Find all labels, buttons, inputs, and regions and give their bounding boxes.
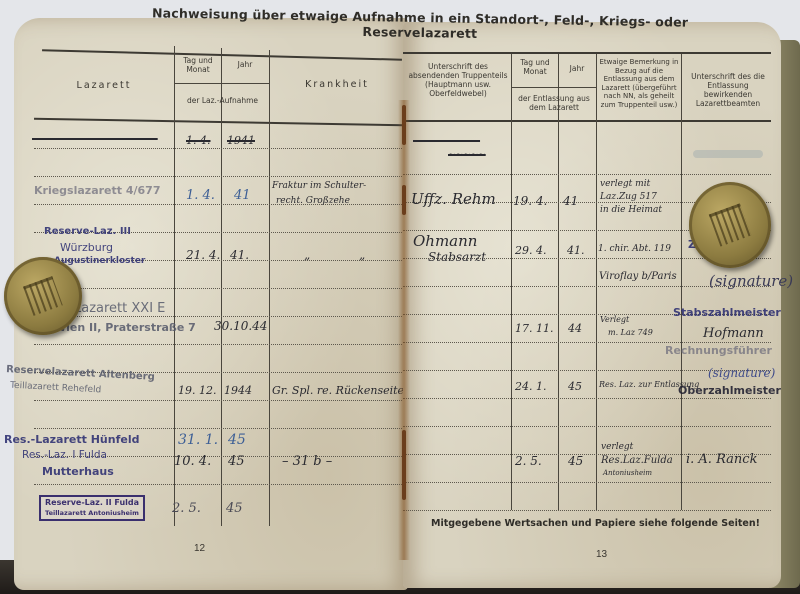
stamp-line: Teillazarett Antoniusheim — [45, 508, 139, 518]
stamp-kloster: Augustinerkloster — [54, 256, 145, 266]
page-number: 13 — [596, 549, 607, 560]
entry-date: 31. 1. — [178, 432, 218, 448]
stamp-wuerzburg: Würzburg — [60, 241, 113, 254]
signature-rehm: Uffz. Rehm — [411, 190, 496, 208]
entry-ditto: „ — [359, 248, 365, 262]
stamp-fulda-mutterhaus: Res.-Laz. I Fulda — [22, 449, 107, 461]
row-rule — [403, 174, 771, 175]
entry-lazarett-struck: ~~~~~~~~~~~~~~~ — [32, 134, 158, 145]
entry-date: 2. 5. — [515, 454, 542, 468]
row-rule — [34, 400, 404, 401]
row-rule — [403, 398, 771, 399]
entry-year: 1944 — [224, 384, 252, 397]
entry-date: 29. 4. — [515, 244, 547, 257]
header-tag-monat: Tag und Monat — [513, 58, 557, 76]
row-rule — [34, 316, 404, 317]
stamp-line: Reserve-Laz. II Fulda — [45, 498, 139, 508]
entry-illness: Fraktur im Schulter- — [272, 181, 366, 191]
page-number: 12 — [194, 543, 205, 554]
stamp-altenberg: Reservelazarett Altenberg — [6, 364, 155, 383]
stamp-stabszahlmeister: Stabszahlmeister — [673, 306, 781, 319]
row-rule — [403, 426, 771, 427]
header-entlassung: der Entlassung aus dem Lazarett — [513, 94, 595, 112]
row-rule — [34, 288, 404, 289]
entry-year: 45 — [228, 454, 245, 469]
signature-official: (signature) — [708, 366, 775, 380]
entry-date: 19. 12. — [178, 384, 216, 397]
header-krankheit: Krankheit — [272, 80, 402, 89]
header-sub-rule — [174, 83, 269, 84]
signature-rank: Stabsarzt — [428, 250, 486, 264]
row-rule — [34, 428, 404, 429]
header-bemerkung: Etwaige Bemerkung in Bezug auf die Entla… — [598, 58, 680, 109]
stamp-rehefeld: Teillazarett Rehefeld — [10, 381, 102, 396]
stamp-praterstrasse: Wien II, Praterstraße 7 — [54, 321, 196, 334]
rusty-staple — [402, 185, 406, 215]
remark: Verlegt — [600, 315, 629, 324]
remark: Res.Laz.Fulda — [601, 455, 673, 466]
ink-smudge — [693, 150, 763, 158]
stamp-rechnungsfuehrer: Rechnungsführer — [665, 344, 772, 357]
entry-illness: Gr. Spl. re. Rückenseite — [272, 384, 404, 397]
signature-ranck: i. A. Ranck — [686, 452, 757, 467]
remark: m. Laz 749 — [608, 328, 653, 337]
stamp-kriegslazarett: Kriegslazarett 4/677 — [34, 184, 160, 197]
header-jahr: Jahr — [222, 60, 268, 69]
signature-struck: ~~~~~~~~ — [413, 136, 480, 147]
remark: in die Heimat — [600, 205, 662, 215]
column-divider — [558, 54, 559, 510]
remark: Antoniusheim — [603, 469, 652, 477]
header-lazarett: Lazarett — [34, 81, 174, 90]
entry-date: 1. 4. — [186, 134, 211, 147]
remark: Viroflay b/Paris — [599, 271, 677, 282]
header-aufnahme: der Laz.-Aufnahme — [176, 96, 269, 105]
stamp-lazarett-xxie: Lazarett XXI E — [74, 301, 165, 316]
row-rule — [34, 344, 404, 345]
entry-year: 45 — [568, 380, 582, 393]
entry-year: 41 — [234, 188, 251, 203]
entry-code: – 31 b – — [282, 454, 332, 469]
header-top-rule — [403, 52, 771, 54]
row-rule — [34, 484, 404, 485]
header-sub-rule — [511, 87, 596, 88]
row-rule — [34, 176, 404, 177]
header-tag-monat: Tag und Monat — [176, 56, 220, 74]
entry-ditto: „ — [304, 248, 310, 262]
stamp-reserve-laz: Reserve-Laz. III — [44, 226, 131, 237]
header-bottom-rule — [34, 118, 404, 126]
entry-year: 44 — [568, 322, 582, 335]
stamp-oberzahlmeister: Oberzahlmeister — [678, 384, 781, 397]
coin-icon — [4, 257, 82, 335]
row-rule — [403, 510, 771, 511]
header-top-rule — [42, 49, 402, 60]
entry-date: 17. 11. — [515, 322, 553, 335]
footer-note: Mitgegebene Wertsachen und Papiere siehe… — [431, 518, 760, 529]
remark: verlegt mit — [600, 179, 650, 189]
rusty-staple — [402, 430, 406, 500]
row-rule — [403, 482, 771, 483]
entry-year: 41. — [230, 248, 249, 262]
column-divider — [681, 54, 682, 510]
stamp-fulda-antoniusheim: Reserve-Laz. II Fulda Teillazarett Anton… — [39, 495, 145, 521]
remark: verlegt — [601, 442, 633, 452]
signature-struck: ~~~~~ — [448, 150, 486, 160]
remark: Laz.Zug 517 — [600, 192, 657, 202]
column-divider — [221, 48, 222, 526]
entry-date: 24. 1. — [515, 380, 547, 393]
right-page: Unterschrift des absendenden Truppenteil… — [403, 22, 781, 588]
entry-date: 19. 4. — [513, 194, 547, 208]
signature-ohmann: Ohmann — [413, 232, 477, 250]
entry-date: 30.10.44 — [214, 319, 267, 333]
entry-year: 45 — [228, 432, 246, 448]
entry-date: 21. 4. — [186, 248, 220, 262]
entry-illness: recht. Großzehe — [276, 196, 350, 206]
brandenburg-gate-icon — [709, 203, 751, 246]
column-divider — [511, 54, 512, 510]
entry-year: 45 — [226, 501, 243, 516]
signature-hofmann: Hofmann — [703, 326, 764, 341]
rusty-staple — [402, 105, 406, 145]
entry-date: 1. 4. — [186, 188, 215, 203]
header-jahr: Jahr — [559, 64, 595, 73]
stamp-mutterhaus: Mutterhaus — [42, 465, 114, 478]
entry-year: 45 — [568, 454, 583, 468]
entry-year: 41 — [563, 194, 578, 208]
stamp-huenfeld: Res.-Lazarett Hünfeld — [4, 433, 139, 446]
coin-icon — [689, 182, 771, 268]
header-bottom-rule — [403, 120, 771, 122]
signature-official: (signature) — [709, 272, 793, 290]
row-rule — [403, 342, 771, 343]
header-unterschrift-beamter: Unterschrift des die Entlassung bewirken… — [685, 72, 771, 108]
brandenburg-gate-icon — [23, 276, 63, 316]
column-divider — [596, 54, 597, 510]
entry-year: 41. — [567, 244, 585, 257]
row-rule — [34, 148, 404, 149]
entry-date: 10. 4. — [174, 454, 211, 469]
remark: 1. chir. Abt. 119 — [598, 244, 671, 254]
entry-year: 1941 — [227, 134, 255, 147]
entry-date: 2. 5. — [172, 501, 201, 516]
header-unterschrift-truppenteil: Unterschrift des absendenden Truppenteil… — [407, 62, 509, 98]
